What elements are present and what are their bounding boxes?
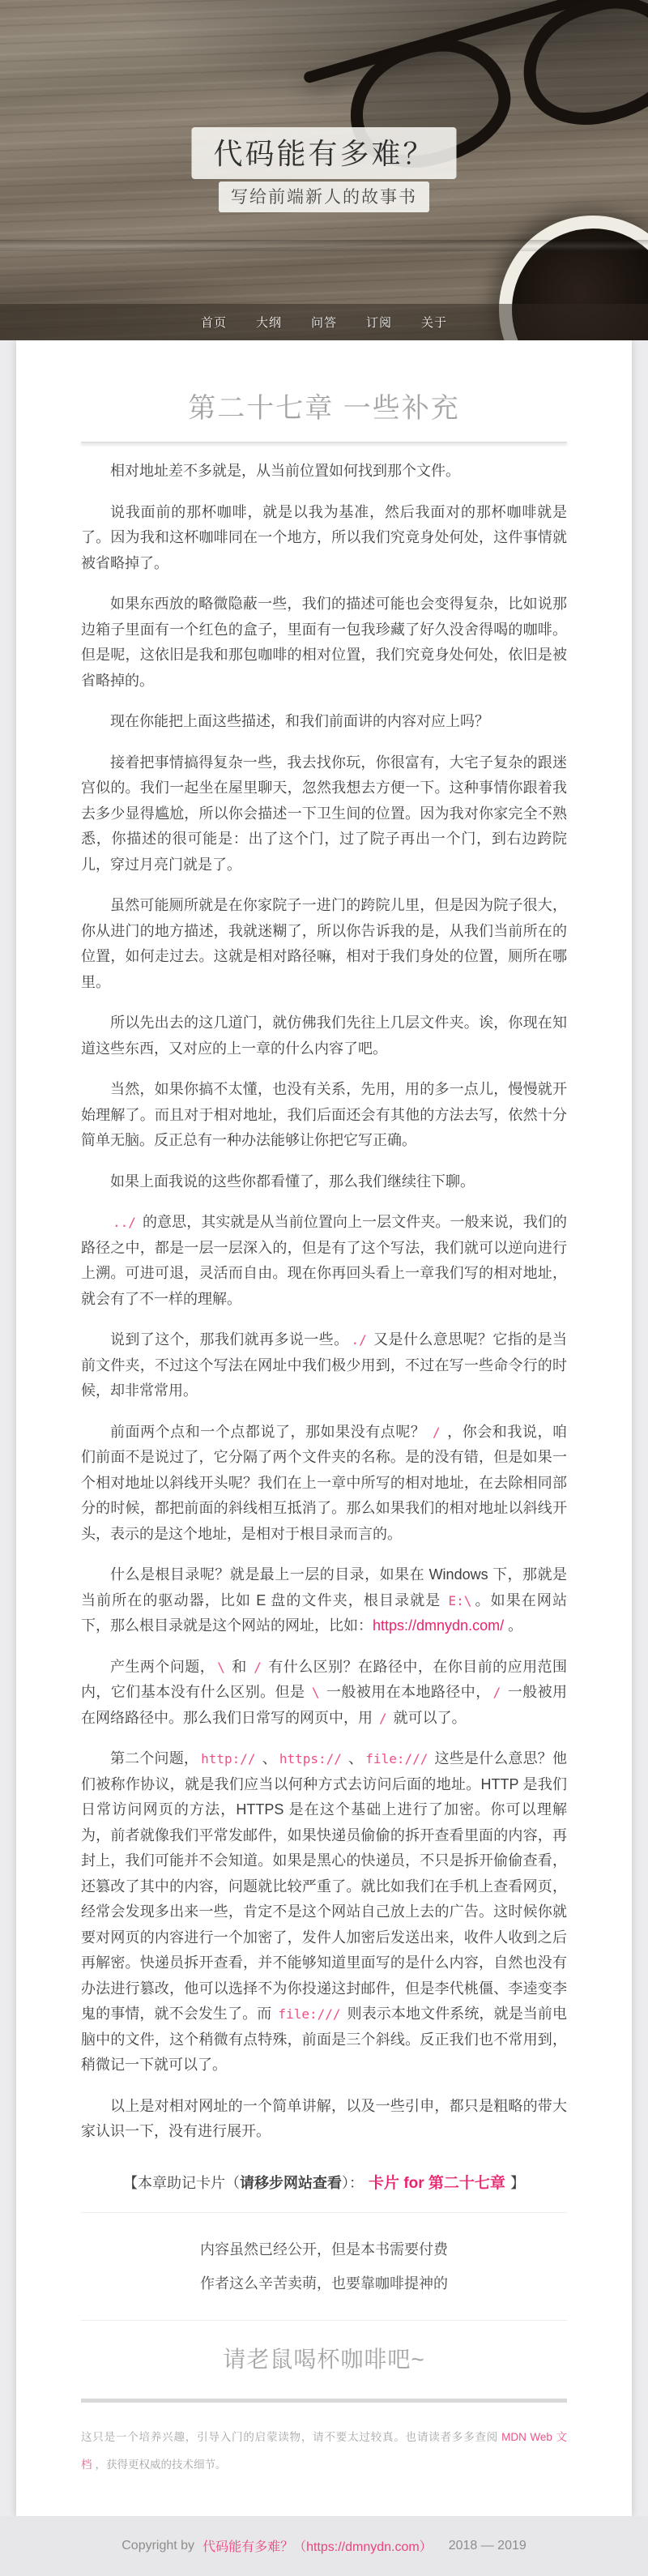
article-paragraph: 以上是对相对网址的一个简单讲解，以及一些引申，都只是粗略的带大家认识一下，没有进… bbox=[81, 2094, 567, 2145]
site-title: 代码能有多难？ bbox=[191, 127, 456, 179]
chapter-title: 第二十七章 一些补充 bbox=[81, 386, 567, 425]
divider bbox=[81, 2320, 567, 2321]
site-subtitle: 写给前端新人的故事书 bbox=[219, 182, 429, 212]
mnemonic-prefix: 【本章助记卡片（ bbox=[123, 2175, 240, 2191]
support-line-1: 内容虽然已经公开，但是本书需要付费 bbox=[81, 2232, 567, 2266]
mnemonic-emphasis: 请移步网站查看 bbox=[240, 2175, 342, 2191]
article-paragraph: 相对地址差不多就是，从当前位置如何找到那个文件。 bbox=[81, 459, 567, 485]
main-nav: 首页 大纲 问答 订阅 关于 bbox=[0, 304, 648, 340]
inline-code: http:// bbox=[198, 1751, 258, 1766]
article-paragraph: 说我面前的那杯咖啡，就是以我为基准，然后我面对的那杯咖啡就是了。因为我和这杯咖啡… bbox=[81, 500, 567, 577]
support-line-2: 作者这么辛苦卖萌，也要靠咖啡提神的 bbox=[81, 2266, 567, 2300]
nav-item-outline[interactable]: 大纲 bbox=[256, 314, 282, 331]
disclaimer-note: 这只是一个培养兴趣，引导入门的启蒙读物，请不要太过较真。也请读者多多查阅MDN … bbox=[81, 2424, 567, 2479]
inline-code: https:// bbox=[277, 1751, 344, 1766]
support-text: 内容虽然已经公开，但是本书需要付费 作者这么辛苦卖萌，也要靠咖啡提神的 bbox=[81, 2232, 567, 2301]
mnemonic-mid: ）： bbox=[342, 2175, 364, 2191]
inline-code: / bbox=[491, 1685, 504, 1700]
article-paragraph: 接着把事情搞得复杂一些，我去找你玩，你很富有，大宅子复杂的跟迷宫似的。我们一起坐… bbox=[81, 750, 567, 878]
inline-code: file:/// bbox=[275, 2006, 343, 2022]
inline-code: \ bbox=[309, 1685, 322, 1700]
inline-code: E:\ bbox=[446, 1593, 475, 1608]
article-paragraph: 说到了这个，那我们就再多说一些。./ 又是什么意思呢？它指的是当前文件夹，不过这… bbox=[81, 1327, 567, 1404]
nav-item-about[interactable]: 关于 bbox=[421, 314, 447, 331]
hero-header: 代码能有多难？ 写给前端新人的故事书 首页 大纲 问答 订阅 关于 bbox=[0, 0, 648, 340]
article-paragraph: 产生两个问题，\ 和 / 有什么区别？在路径中，在你目前的应用范围内，它们基本没… bbox=[81, 1655, 567, 1732]
mnemonic-suffix: 】 bbox=[510, 2175, 525, 2191]
article: 相对地址差不多就是，从当前位置如何找到那个文件。说我面前的那杯咖啡，就是以我为基… bbox=[81, 459, 567, 2145]
copyright-prefix: Copyright by bbox=[122, 2539, 194, 2553]
note-suffix: ，获得更权威的技术细节。 bbox=[96, 2459, 227, 2471]
inline-link[interactable]: https://dmnydn.com/ bbox=[373, 1617, 504, 1634]
divider bbox=[81, 2212, 567, 2213]
article-paragraph: 所以先出去的这几道门，就仿佛我们先往上几层文件夹。诶，你现在知道这些东西，又对应… bbox=[81, 1010, 567, 1062]
article-paragraph: 什么是根目录呢？就是最上一层的目录，如果在 Windows 下，那就是当前所在的… bbox=[81, 1562, 567, 1639]
mnemonic-card-link[interactable]: 卡片 for 第二十七章 bbox=[364, 2175, 510, 2192]
content-card: 第二十七章 一些补充 相对地址差不多就是，从当前位置如何找到那个文件。说我面前的… bbox=[16, 340, 632, 2516]
donate-heading: 请老鼠喝杯咖啡吧~ bbox=[81, 2342, 567, 2374]
note-prefix: 这只是一个培养兴趣，引导入门的启蒙读物，请不要太过较真。也请读者多多查阅 bbox=[81, 2431, 498, 2443]
mnemonic-card-line: 【本章助记卡片（请移步网站查看）：卡片 for 第二十七章】 bbox=[81, 2171, 567, 2193]
article-paragraph: 前面两个点和一个点都说了，那如果没有点呢？ / ，你会和我说，咱们前面不是说过了… bbox=[81, 1420, 567, 1548]
article-paragraph: 现在你能把上面这些描述，和我们前面讲的内容对应上吗？ bbox=[81, 709, 567, 735]
site-home-link[interactable]: 代码能有多难？（https://dmnydn.com） bbox=[202, 2536, 433, 2555]
inline-code: file:/// bbox=[363, 1751, 430, 1766]
article-paragraph: 如果东西放的略微隐蔽一些，我们的描述可能也会变得复杂，比如说那边箱子里面有一个红… bbox=[81, 592, 567, 694]
copyright-years: 2018 — 2019 bbox=[449, 2539, 526, 2553]
inline-code: / bbox=[430, 1425, 443, 1440]
article-paragraph: 如果上面我说的这些你都看懂了，那么我们继续往下聊。 bbox=[81, 1169, 567, 1195]
inline-code: ./ bbox=[348, 1332, 369, 1348]
inline-code: / bbox=[377, 1711, 390, 1726]
article-paragraph: ../ 的意思，其实就是从当前位置向上一层文件夹。一般来说，我们的路径之中，都是… bbox=[81, 1210, 567, 1312]
page-footer: Copyright by 代码能有多难？（https://dmnydn.com）… bbox=[0, 2516, 648, 2576]
nav-item-subscribe[interactable]: 订阅 bbox=[366, 314, 392, 331]
heading-divider bbox=[81, 442, 567, 443]
inline-code: \ bbox=[215, 1660, 228, 1675]
article-paragraph: 虽然可能厕所就是在你家院子一进门的跨院儿里，但是因为院子很大，你从进门的地方描述… bbox=[81, 893, 567, 995]
nav-item-home[interactable]: 首页 bbox=[201, 314, 227, 331]
inline-code: / bbox=[251, 1660, 264, 1675]
footer-note-divider bbox=[81, 2399, 567, 2403]
article-paragraph: 第二个问题，http:// 、https:// 、file:/// 这些是什么意… bbox=[81, 1746, 567, 2078]
article-paragraph: 当然，如果你搞不太懂，也没有关系，先用，用的多一点儿，慢慢就开始理解了。而且对于… bbox=[81, 1077, 567, 1154]
nav-item-qa[interactable]: 问答 bbox=[311, 314, 337, 331]
inline-code: ../ bbox=[110, 1215, 139, 1230]
